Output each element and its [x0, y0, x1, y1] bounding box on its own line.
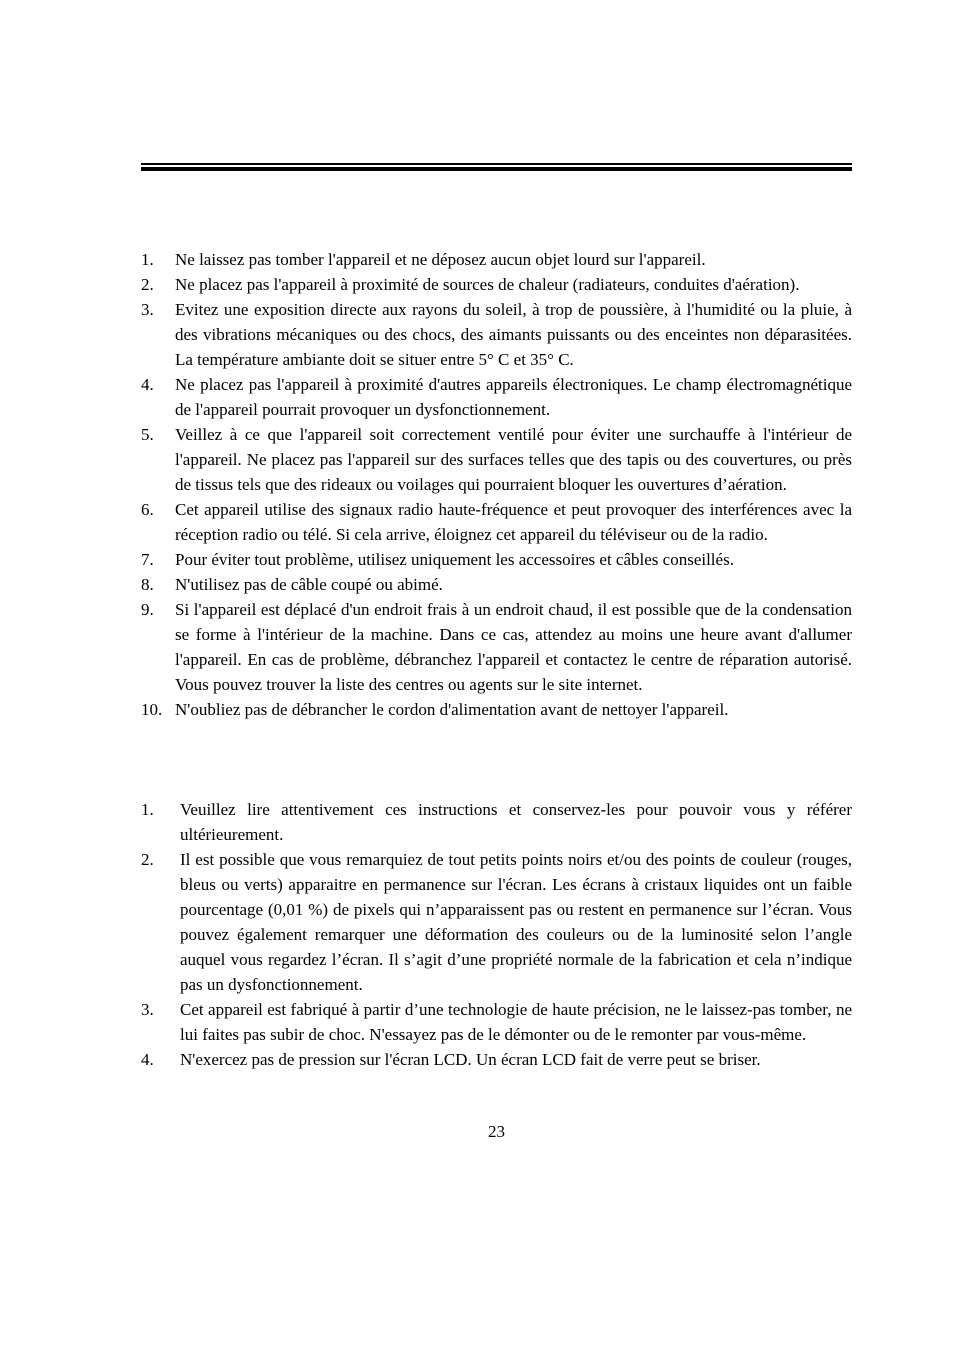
list-item: 2.Ne placez pas l'appareil à proximité d… — [141, 272, 852, 297]
list-item: 2.Il est possible que vous remarquiez de… — [141, 847, 852, 997]
list-item-number: 6. — [141, 497, 175, 522]
header-divider-rule — [141, 163, 852, 171]
list-item-text: Cet appareil utilise des signaux radio h… — [175, 497, 852, 547]
list-item-number: 1. — [141, 797, 180, 822]
list-item-text: N'exercez pas de pression sur l'écran LC… — [180, 1047, 852, 1072]
list-item-text: Pour éviter tout problème, utilisez uniq… — [175, 547, 852, 572]
list-item-number: 4. — [141, 1047, 180, 1072]
list-item: 10.N'oubliez pas de débrancher le cordon… — [141, 697, 852, 722]
list-item: 9.Si l'appareil est déplacé d'un endroit… — [141, 597, 852, 697]
list-item-text: Cet appareil est fabriqué à partir d’une… — [180, 997, 852, 1047]
list-item-text: Evitez une exposition directe aux rayons… — [175, 297, 852, 372]
list-item: 1.Veuillez lire attentivement ces instru… — [141, 797, 852, 847]
list-item-text: Si l'appareil est déplacé d'un endroit f… — [175, 597, 852, 697]
list-item-text: Il est possible que vous remarquiez de t… — [180, 847, 852, 997]
list-item: 5.Veillez à ce que l'appareil soit corre… — [141, 422, 852, 497]
list-item-number: 5. — [141, 422, 175, 447]
list-item-text: Veillez à ce que l'appareil soit correct… — [175, 422, 852, 497]
page-number: 23 — [141, 1119, 852, 1144]
safety-instructions-list: 1.Ne laissez pas tomber l'appareil et ne… — [141, 247, 852, 722]
list-item: 8.N'utilisez pas de câble coupé ou abimé… — [141, 572, 852, 597]
list-item-text: Veuillez lire attentivement ces instruct… — [180, 797, 852, 847]
list-item-number: 2. — [141, 272, 175, 297]
list-item-number: 1. — [141, 247, 175, 272]
list-item-text: Ne laissez pas tomber l'appareil et ne d… — [175, 247, 852, 272]
list-item-number: 8. — [141, 572, 175, 597]
list-item: 4.N'exercez pas de pression sur l'écran … — [141, 1047, 852, 1072]
list-item: 1.Ne laissez pas tomber l'appareil et ne… — [141, 247, 852, 272]
list-item-text: Ne placez pas l'appareil à proximité d'a… — [175, 372, 852, 422]
usage-precautions-list: 1.Veuillez lire attentivement ces instru… — [141, 797, 852, 1072]
list-item-text: N'oubliez pas de débrancher le cordon d'… — [175, 697, 852, 722]
list-item-number: 2. — [141, 847, 180, 872]
list-item-number: 9. — [141, 597, 175, 622]
list-item: 6.Cet appareil utilise des signaux radio… — [141, 497, 852, 547]
list-item-number: 3. — [141, 997, 180, 1022]
list-item-number: 4. — [141, 372, 175, 397]
list-item: 3.Cet appareil est fabriqué à partir d’u… — [141, 997, 852, 1047]
list-item-text: Ne placez pas l'appareil à proximité de … — [175, 272, 852, 297]
list-item-number: 10. — [141, 697, 175, 722]
list-item: 4.Ne placez pas l'appareil à proximité d… — [141, 372, 852, 422]
page-content: 1.Ne laissez pas tomber l'appareil et ne… — [141, 0, 852, 1144]
list-item-text: N'utilisez pas de câble coupé ou abimé. — [175, 572, 852, 597]
list-item: 7.Pour éviter tout problème, utilisez un… — [141, 547, 852, 572]
list-item: 3.Evitez une exposition directe aux rayo… — [141, 297, 852, 372]
list-item-number: 7. — [141, 547, 175, 572]
list-item-number: 3. — [141, 297, 175, 322]
